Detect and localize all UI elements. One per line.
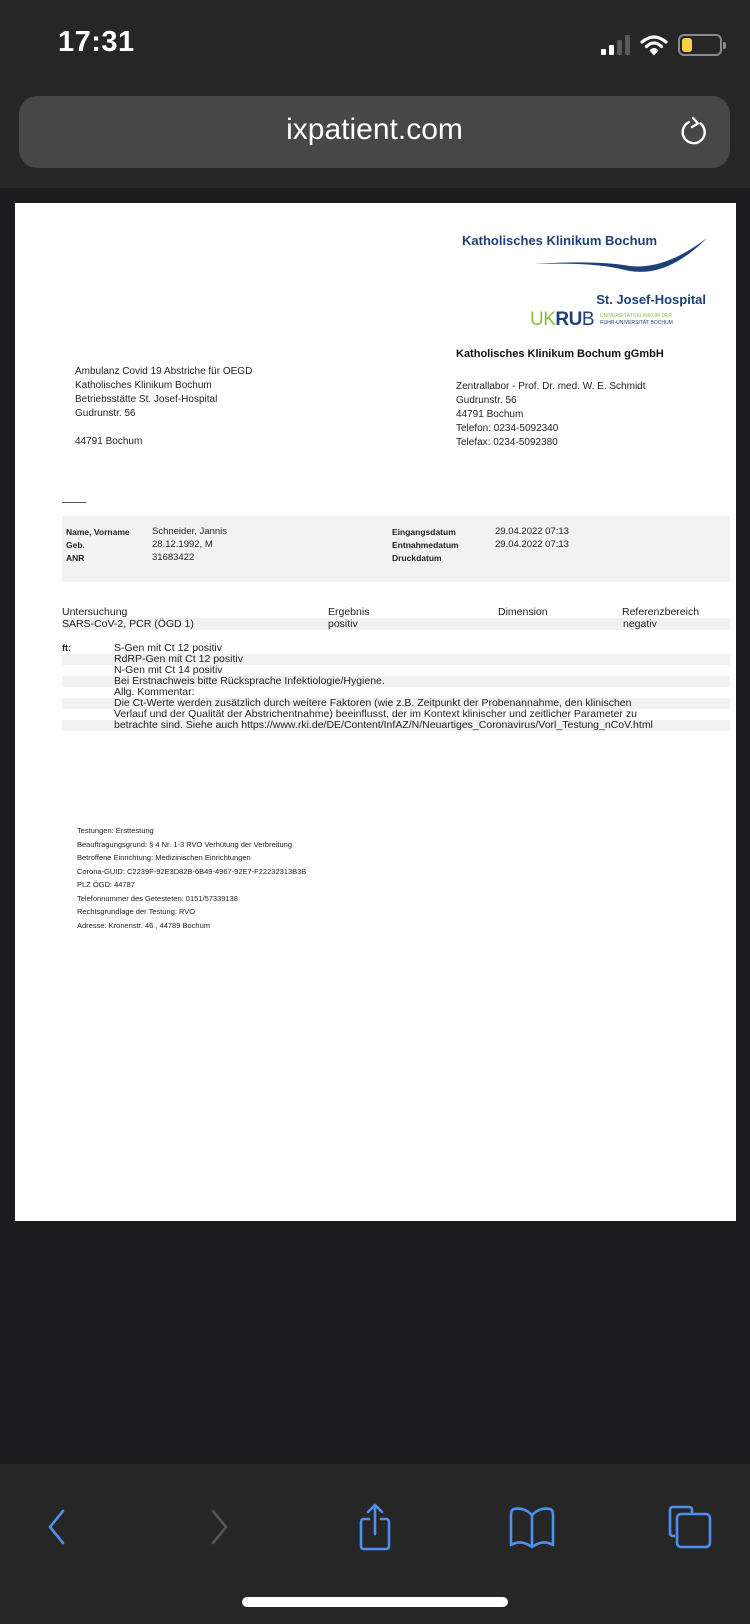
divider	[62, 502, 86, 503]
share-button[interactable]	[350, 1502, 400, 1552]
share-icon	[358, 1502, 392, 1552]
web-content: Katholisches Klinikum Bochum St. Josef-H…	[0, 188, 750, 1464]
patient-dob: 28.12.1992, M	[152, 539, 213, 550]
findings-comments: ft:S-Gen mit Ct 12 positiv RdRP-Gen mit …	[62, 643, 730, 731]
home-indicator[interactable]	[242, 1597, 508, 1607]
book-icon	[508, 1505, 556, 1549]
result-value: positiv	[328, 618, 358, 630]
results-header: Untersuchung Ergebnis Dimension Referenz…	[62, 606, 730, 618]
received-date: 29.04.2022 07:13	[495, 526, 569, 537]
table-row: SARS-CoV-2, PCR (ÖGD 1) positiv negativ	[62, 618, 730, 630]
reload-icon[interactable]	[676, 114, 712, 150]
recipient-address: Ambulanz Covid 19 Abstriche für OEGD Kat…	[75, 365, 252, 449]
chevron-left-icon	[45, 1507, 69, 1547]
organization-name: Katholisches Klinikum Bochum gGmbH	[456, 348, 664, 360]
logo-swoosh-icon	[535, 236, 707, 284]
forward-button[interactable]	[194, 1502, 244, 1552]
status-time: 17:31	[58, 26, 135, 59]
results-table: Untersuchung Ergebnis Dimension Referenz…	[62, 606, 730, 630]
wifi-icon	[640, 34, 668, 56]
bookmarks-button[interactable]	[507, 1502, 557, 1552]
patient-anr: 31683422	[152, 552, 194, 563]
browser-top-chrome: 17:31 ixpatient.com	[0, 0, 750, 188]
lab-report-document: Katholisches Klinikum Bochum St. Josef-H…	[15, 203, 736, 1221]
url-text[interactable]: ixpatient.com	[19, 113, 730, 147]
logo-st-josef-hospital: St. Josef-Hospital	[596, 292, 706, 307]
test-metadata-notes: Testungen: Ersttestung Beauftragungsgrun…	[77, 824, 306, 932]
tabs-button[interactable]	[665, 1502, 715, 1552]
status-icons	[601, 30, 722, 60]
chevron-right-icon	[207, 1507, 231, 1547]
collected-date: 29.04.2022 07:13	[495, 539, 569, 550]
tabs-icon	[667, 1504, 713, 1550]
address-bar[interactable]: ixpatient.com	[19, 96, 730, 168]
patient-name: Schneider, Jannis	[152, 526, 227, 537]
cellular-signal-icon	[601, 35, 630, 55]
back-button[interactable]	[32, 1502, 82, 1552]
patient-info-box: Name, Vorname Schneider, Jannis Geb. 28.…	[62, 516, 730, 582]
battery-icon	[678, 34, 722, 56]
logo-ukrub: UKRUB UNIVERSITÄTSKLINIKUM DER RUHR-UNIV…	[530, 309, 673, 331]
sender-address: Zentrallabor - Prof. Dr. med. W. E. Schm…	[456, 380, 646, 450]
